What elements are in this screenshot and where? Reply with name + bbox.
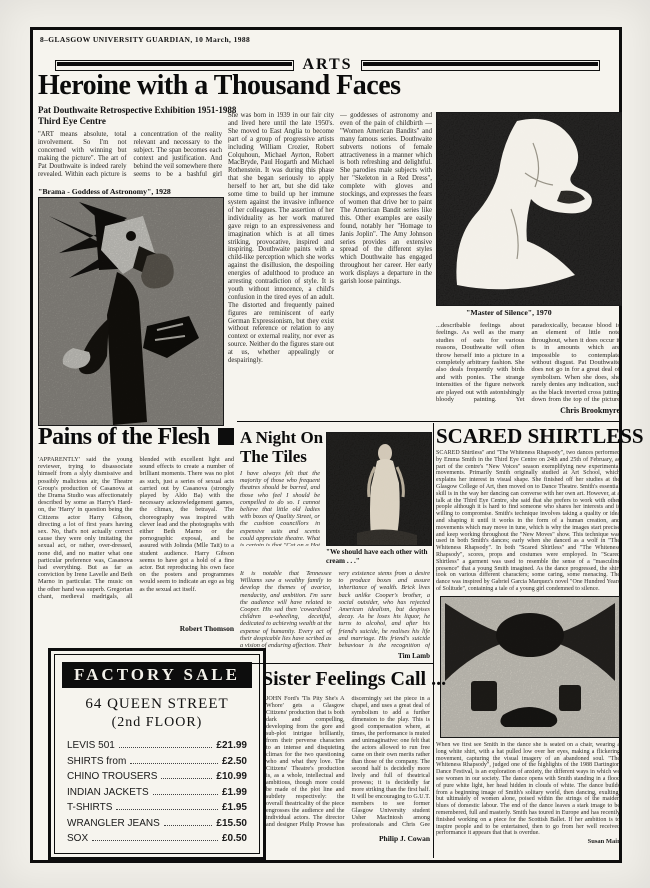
dotted-leader — [119, 747, 213, 748]
ad-inner-border: FACTORY SALE 64 QUEEN STREET (2nd FLOOR)… — [54, 654, 260, 854]
main-headline: Heroine with a Thousand Faces — [38, 70, 401, 102]
tiles-photo — [326, 432, 432, 546]
ad-address-line2: (2nd FLOOR) — [55, 715, 259, 731]
master-of-silence-image — [436, 112, 622, 306]
ad-item-name: CHINO TROUSERS — [67, 771, 157, 782]
dotted-leader — [164, 825, 213, 826]
subhead-line2: Third Eye Centre — [38, 116, 238, 127]
dotted-leader — [153, 794, 218, 795]
tiles-intro: I have always felt that the majority of … — [240, 470, 320, 546]
sister-cols: JOHN Ford's 'Tis Pity She's A Whore' get… — [266, 696, 430, 832]
article-col3: — goddesses of astronomy and even of the… — [340, 112, 432, 422]
tiles-cols: It is notable that Tennessee Williams sa… — [240, 570, 430, 652]
factory-sale-ad: FACTORY SALE 64 QUEEN STREET (2nd FLOOR)… — [48, 648, 266, 860]
ad-item-price: £0.50 — [222, 833, 247, 844]
dotted-leader — [161, 778, 212, 779]
masthead: 8–GLASGOW UNIVERSITY GUARDIAN, 10 March,… — [40, 35, 250, 44]
divider-rule-vertical — [433, 423, 434, 858]
sister-top-rule — [240, 663, 433, 664]
scared-headline: SCARED SHIRTLESS — [436, 424, 644, 449]
pains-text: 'APPARENTLY' said the young reviewer, tr… — [38, 456, 234, 622]
sister-byline: Philip J. Cowan — [266, 834, 430, 843]
newspaper-page: 8–GLASGOW UNIVERSITY GUARDIAN, 10 March,… — [0, 0, 650, 888]
ad-title: FACTORY SALE — [62, 662, 252, 688]
ad-item-row: CHINO TROUSERS £10.99 — [67, 771, 247, 787]
ad-item-price: £2.50 — [222, 756, 247, 767]
ad-item-name: T-SHIRTS — [67, 802, 112, 813]
ad-address-line1: 64 QUEEN STREET — [55, 696, 259, 713]
pains-byline: Robert Thomson — [38, 624, 234, 633]
dotted-leader — [92, 840, 218, 841]
subhead-line1: Pat Douthwaite Retrospective Exhibition … — [38, 105, 238, 116]
ad-item-row: WRANGLER JEANS £15.50 — [67, 818, 247, 834]
main-subhead: Pat Douthwaite Retrospective Exhibition … — [38, 105, 238, 127]
ad-item-row: T-SHIRTS £1.95 — [67, 802, 247, 818]
ad-item-price: £21.99 — [216, 740, 247, 751]
ad-item-name: WRANGLER JEANS — [67, 818, 160, 829]
article-col2: She was born in 1939 in our fair city an… — [228, 112, 334, 422]
brama-artwork-image — [38, 197, 224, 426]
scared-artwork-image — [440, 596, 620, 738]
main-article-byline: Chris Brookmyre — [436, 406, 620, 415]
ad-item-row: SHIRTS from £2.50 — [67, 756, 247, 772]
pains-headline: Pains of the Flesh — [38, 424, 210, 451]
ad-item-name: LEVIS 501 — [67, 740, 115, 751]
ad-item-price: £1.95 — [222, 802, 247, 813]
ad-item-price: £1.99 — [222, 787, 247, 798]
ad-item-row: INDIAN JACKETS £1.99 — [67, 787, 247, 803]
ad-item-name: SOX — [67, 833, 88, 844]
ad-price-list: LEVIS 501 £21.99 SHIRTS from £2.50 CHINO… — [67, 740, 247, 849]
divider-rule-top — [237, 421, 620, 422]
scared-byline: Susan Mair — [436, 838, 620, 845]
ad-item-price: £10.99 — [216, 771, 247, 782]
tiles-headline: A Night On The Tiles — [240, 428, 330, 466]
scared-bottom-text: When we first see Smith in the dance she… — [436, 742, 620, 838]
tiles-byline: Tim Lamb — [240, 652, 430, 660]
right-image-caption: "Master of Silence", 1970 — [466, 308, 552, 317]
article-below-image-cols: ...describable feelings about feelings. … — [436, 322, 620, 404]
article-col1: "ART means absolute, total involvement. … — [38, 131, 222, 185]
tiles-photo-caption: "We should have each other with cream . … — [326, 548, 430, 565]
scared-top-text: SCARED Shirtless" and "The Whiteness Rha… — [436, 450, 620, 592]
banner-right-bar — [361, 60, 600, 71]
ad-item-name: SHIRTS from — [67, 756, 126, 767]
dotted-leader — [130, 763, 218, 764]
left-image-caption: "Brama - Goddess of Astronomy", 1928 — [38, 187, 222, 196]
ad-item-price: £15.50 — [216, 818, 247, 829]
banner-left-bar — [55, 60, 294, 71]
ad-item-row: SOX £0.50 — [67, 833, 247, 849]
pains-headline-end-block — [218, 428, 234, 445]
sister-headline: Sister Feelings Call ... — [262, 668, 446, 691]
ad-item-name: INDIAN JACKETS — [67, 787, 149, 798]
dotted-leader — [116, 809, 218, 810]
ad-item-row: LEVIS 501 £21.99 — [67, 740, 247, 756]
